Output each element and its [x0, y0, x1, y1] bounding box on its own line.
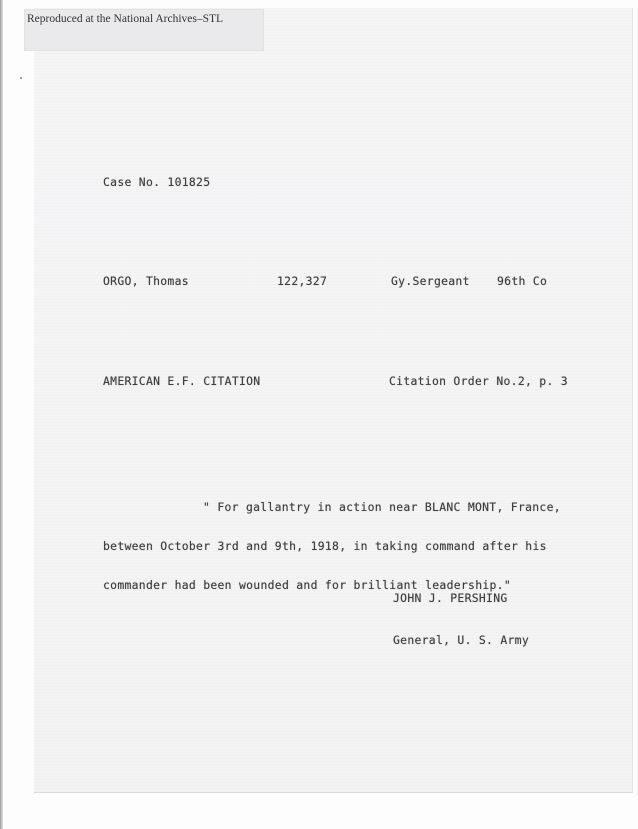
citation-line: between October 3rd and 9th, 1918, in ta…: [103, 540, 561, 553]
signature-block: JOHN J. PERSHING General, U. S. Army: [393, 563, 529, 661]
citation-order: Citation Order No.2, p. 3: [389, 374, 568, 388]
signatory-name: JOHN J. PERSHING: [393, 591, 529, 605]
signatory-title: General, U. S. Army: [393, 633, 529, 647]
citation-line: " For gallantry in action near BLANC MON…: [103, 501, 561, 514]
archive-stamp: Reproduced at the National Archives–STL: [24, 9, 264, 51]
recipient-unit: 96th Co: [497, 274, 547, 288]
case-number: Case No. 101825: [103, 175, 210, 189]
archive-stamp-text: Reproduced at the National Archives–STL: [27, 13, 223, 25]
scan-speck: [20, 77, 22, 79]
scan-edge-shadow: [0, 0, 3, 829]
citation-type: AMERICAN E.F. CITATION: [103, 374, 260, 388]
scanned-page: [34, 8, 633, 793]
recipient-rank: Gy.Sergeant: [391, 274, 470, 288]
recipient-name: ORGO, Thomas: [103, 274, 189, 288]
service-number: 122,327: [277, 274, 327, 288]
